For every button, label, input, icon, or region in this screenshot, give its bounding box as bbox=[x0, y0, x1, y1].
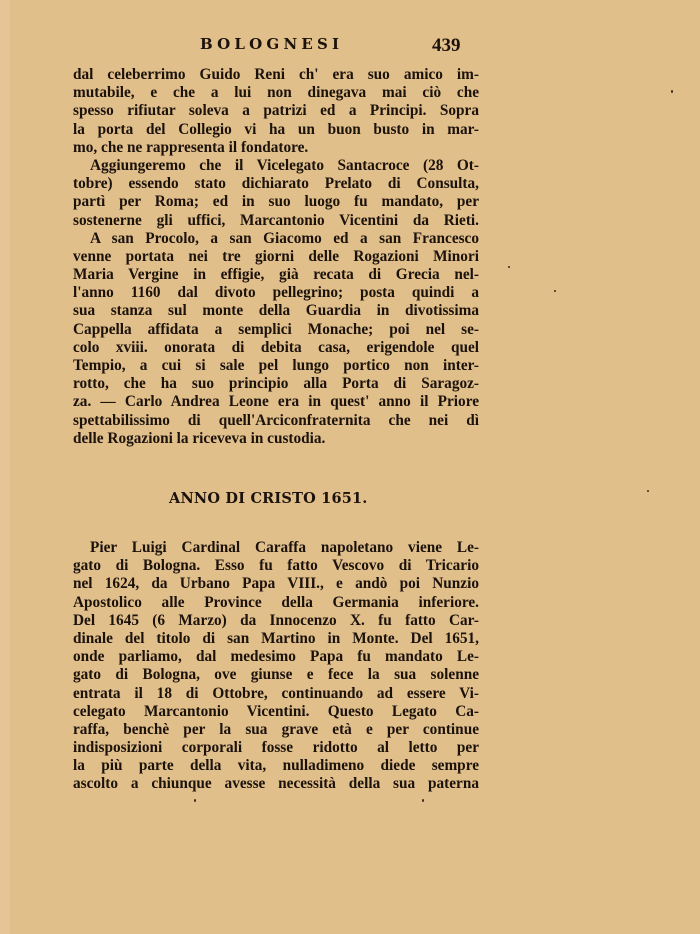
text-line: Maria Vergine in effigie, già recata di … bbox=[73, 266, 479, 284]
running-head: BOLOGNESI bbox=[200, 35, 343, 53]
text-line: Pier Luigi Cardinal Caraffa napoletano v… bbox=[73, 539, 479, 557]
text-line: Del 1645 (6 Marzo) da Innocenzo X. fu fa… bbox=[73, 612, 479, 630]
scan-speck bbox=[671, 90, 673, 93]
scan-speck bbox=[508, 266, 510, 268]
text-line: l'anno 1160 dal divoto pellegrino; posta… bbox=[73, 284, 479, 302]
scan-speck bbox=[194, 799, 196, 802]
text-block-2: Pier Luigi Cardinal Caraffa napoletano v… bbox=[73, 539, 479, 794]
text-line: Tempio, a cui si sale pel lungo portico … bbox=[73, 357, 479, 375]
page-header: BOLOGNESI 439 bbox=[0, 35, 700, 57]
text-line: spettabilissimo di quell'Arciconfraterni… bbox=[73, 412, 479, 430]
text-block-1: dal celeberrimo Guido Reni ch' era suo a… bbox=[73, 66, 479, 448]
page-number: 439 bbox=[432, 35, 461, 57]
text-line: gato di Bologna. Esso fu fatto Vescovo d… bbox=[73, 557, 479, 575]
text-line: celegato Marcantonio Vicentini. Questo L… bbox=[73, 703, 479, 721]
scan-speck bbox=[647, 490, 649, 492]
scan-speck bbox=[554, 290, 556, 292]
text-line: A san Procolo, a san Giacomo ed a san Fr… bbox=[73, 230, 479, 248]
scan-speck bbox=[422, 799, 424, 802]
text-line: sua stanza sul monte della Guardia in di… bbox=[73, 302, 479, 320]
text-line: Cappella affidata a semplici Monache; po… bbox=[73, 321, 479, 339]
text-line: mo, che ne rappresenta il fondatore. bbox=[73, 139, 479, 157]
text-line: indisposizioni corporali fosse ridotto a… bbox=[73, 739, 479, 757]
text-line: colo xviii. onorata di debita casa, erig… bbox=[73, 339, 479, 357]
section-title: ANNO DI CRISTO 1651. bbox=[169, 490, 368, 507]
text-line: Aggiungeremo che il Vicelegato Santacroc… bbox=[73, 157, 479, 175]
text-line: spesso rifiutar soleva a patrizi ed a Pr… bbox=[73, 102, 479, 120]
text-line: rotto, che ha suo principio alla Porta d… bbox=[73, 375, 479, 393]
page-edge bbox=[0, 0, 10, 934]
text-line: nel 1624, da Urbano Papa VIII., e andò p… bbox=[73, 575, 479, 593]
text-line: za. — Carlo Andrea Leone era in quest' a… bbox=[73, 393, 479, 411]
text-line: partì per Roma; ed in suo luogo fu manda… bbox=[73, 193, 479, 211]
text-line: mutabile, e che a lui non dinegava mai c… bbox=[73, 84, 479, 102]
text-line: dal celeberrimo Guido Reni ch' era suo a… bbox=[73, 66, 479, 84]
text-line: entrata il 18 di Ottobre, continuando ad… bbox=[73, 685, 479, 703]
text-line: tobre) essendo stato dichiarato Prelato … bbox=[73, 175, 479, 193]
text-line: la più parte della vita, nulladimeno die… bbox=[73, 757, 479, 775]
text-line: Apostolico alle Province della Germania … bbox=[73, 594, 479, 612]
text-line: venne portata nei tre giorni delle Rogaz… bbox=[73, 248, 479, 266]
text-line: raffa, benchè per la sua grave età e per… bbox=[73, 721, 479, 739]
text-line: la porta del Collegio vi ha un buon bust… bbox=[73, 121, 479, 139]
text-line: delle Rogazioni la riceveva in custodia. bbox=[73, 430, 479, 448]
text-line: gato di Bologna, ove giunse e fece la su… bbox=[73, 666, 479, 684]
text-line: sostenerne gli uffici, Marcantonio Vicen… bbox=[73, 212, 479, 230]
text-line: dinale del titolo di san Martino in Mont… bbox=[73, 630, 479, 648]
text-line: onde parliamo, dal medesimo Papa fu mand… bbox=[73, 648, 479, 666]
text-line: ascolto a chiunque avesse necessità dell… bbox=[73, 775, 479, 793]
